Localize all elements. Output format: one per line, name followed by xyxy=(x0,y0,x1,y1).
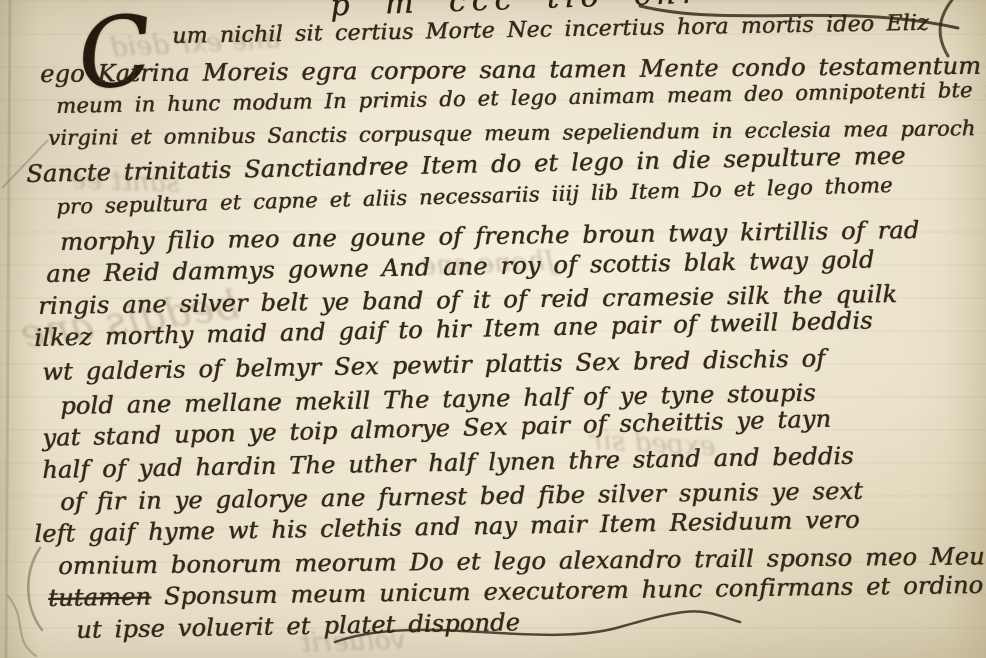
struck-word: tutamen xyxy=(48,583,151,612)
margin-bracket-mark xyxy=(28,548,42,630)
manuscript-line-1: um nichil sit certius Morte Nec incertiu… xyxy=(172,13,929,48)
manuscript-line-14: half of yad hardin The uther half lynen … xyxy=(42,444,854,482)
manuscript-page: ane exr deid santt ee Jhone ane beddis a… xyxy=(0,0,986,658)
manuscript-line-19: ut ipse voluerit et platet disponde xyxy=(76,610,520,642)
pencil-curve-mark xyxy=(8,596,36,656)
right-edge-stroke xyxy=(940,0,952,56)
left-edge-crease xyxy=(6,0,10,658)
manuscript-line-11: wt galderis of belmyr Sex pewtir plattis… xyxy=(42,346,825,384)
